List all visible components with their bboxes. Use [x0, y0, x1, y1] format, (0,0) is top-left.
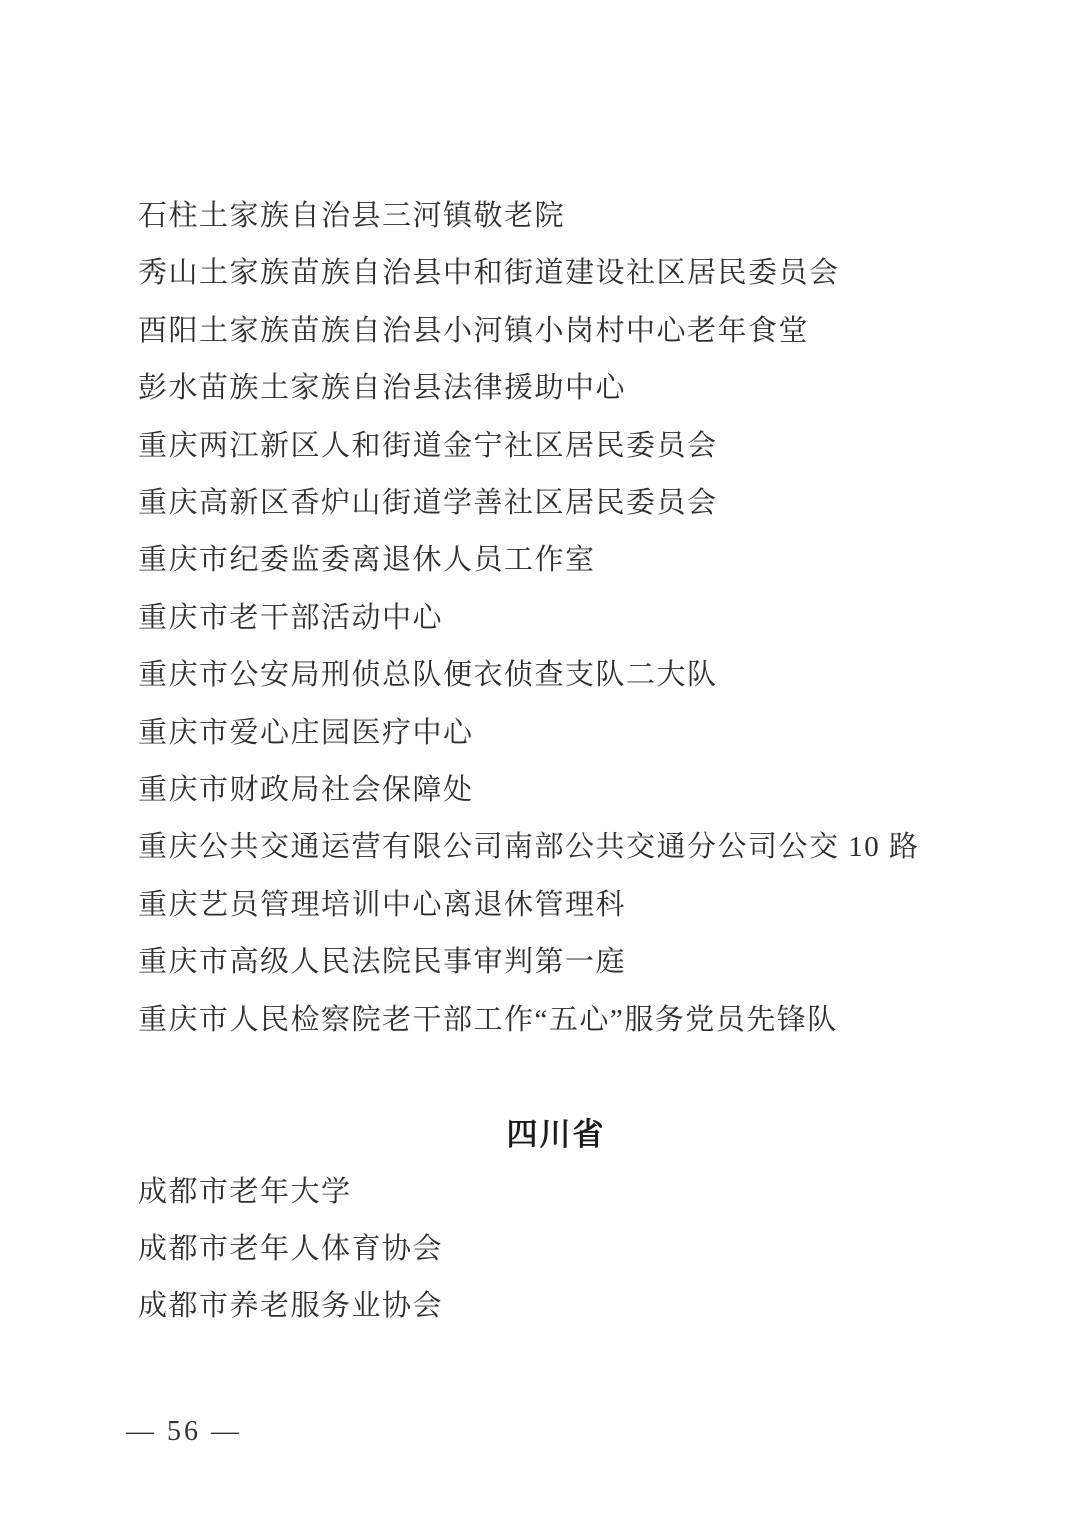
org-list-item: 重庆市爱心庄园医疗中心 — [138, 705, 974, 762]
org-list-item: 石柱土家族自治县三河镇敬老院 — [138, 188, 974, 245]
org-list-item: 重庆公共交通运营有限公司南部公共交通分公司公交 10 路 — [138, 819, 974, 876]
org-list-item: 秀山土家族苗族自治县中和街道建设社区居民委员会 — [138, 245, 974, 302]
org-list-item: 成都市养老服务业协会 — [138, 1278, 974, 1335]
org-list-item: 彭水苗族土家族自治县法律援助中心 — [138, 360, 974, 417]
org-list-item: 重庆市老干部活动中心 — [138, 590, 974, 647]
org-list-item: 成都市老年人体育协会 — [138, 1221, 974, 1278]
org-list-item: 重庆高新区香炉山街道学善社区居民委员会 — [138, 475, 974, 532]
page-number: — 56 — — [126, 1412, 242, 1452]
org-list-item: 重庆市财政局社会保障处 — [138, 762, 974, 819]
org-list-item: 酉阳土家族苗族自治县小河镇小岗村中心老年食堂 — [138, 303, 974, 360]
org-list-item: 重庆市纪委监委离退休人员工作室 — [138, 532, 974, 589]
document-content: 石柱土家族自治县三河镇敬老院 秀山土家族苗族自治县中和街道建设社区居民委员会 酉… — [138, 188, 974, 1336]
section-heading-sichuan: 四川省 — [138, 1106, 974, 1163]
document-page: 石柱土家族自治县三河镇敬老院 秀山土家族苗族自治县中和街道建设社区居民委员会 酉… — [0, 0, 1080, 1527]
org-list-item: 重庆艺员管理培训中心离退休管理科 — [138, 877, 974, 934]
org-list-item: 重庆市人民检察院老干部工作“五心”服务党员先锋队 — [138, 992, 974, 1049]
org-list-item: 重庆市高级人民法院民事审判第一庭 — [138, 934, 974, 991]
org-list-item: 成都市老年大学 — [138, 1164, 974, 1221]
org-list-item: 重庆两江新区人和街道金宁社区居民委员会 — [138, 418, 974, 475]
org-list-item: 重庆市公安局刑侦总队便衣侦查支队二大队 — [138, 647, 974, 704]
